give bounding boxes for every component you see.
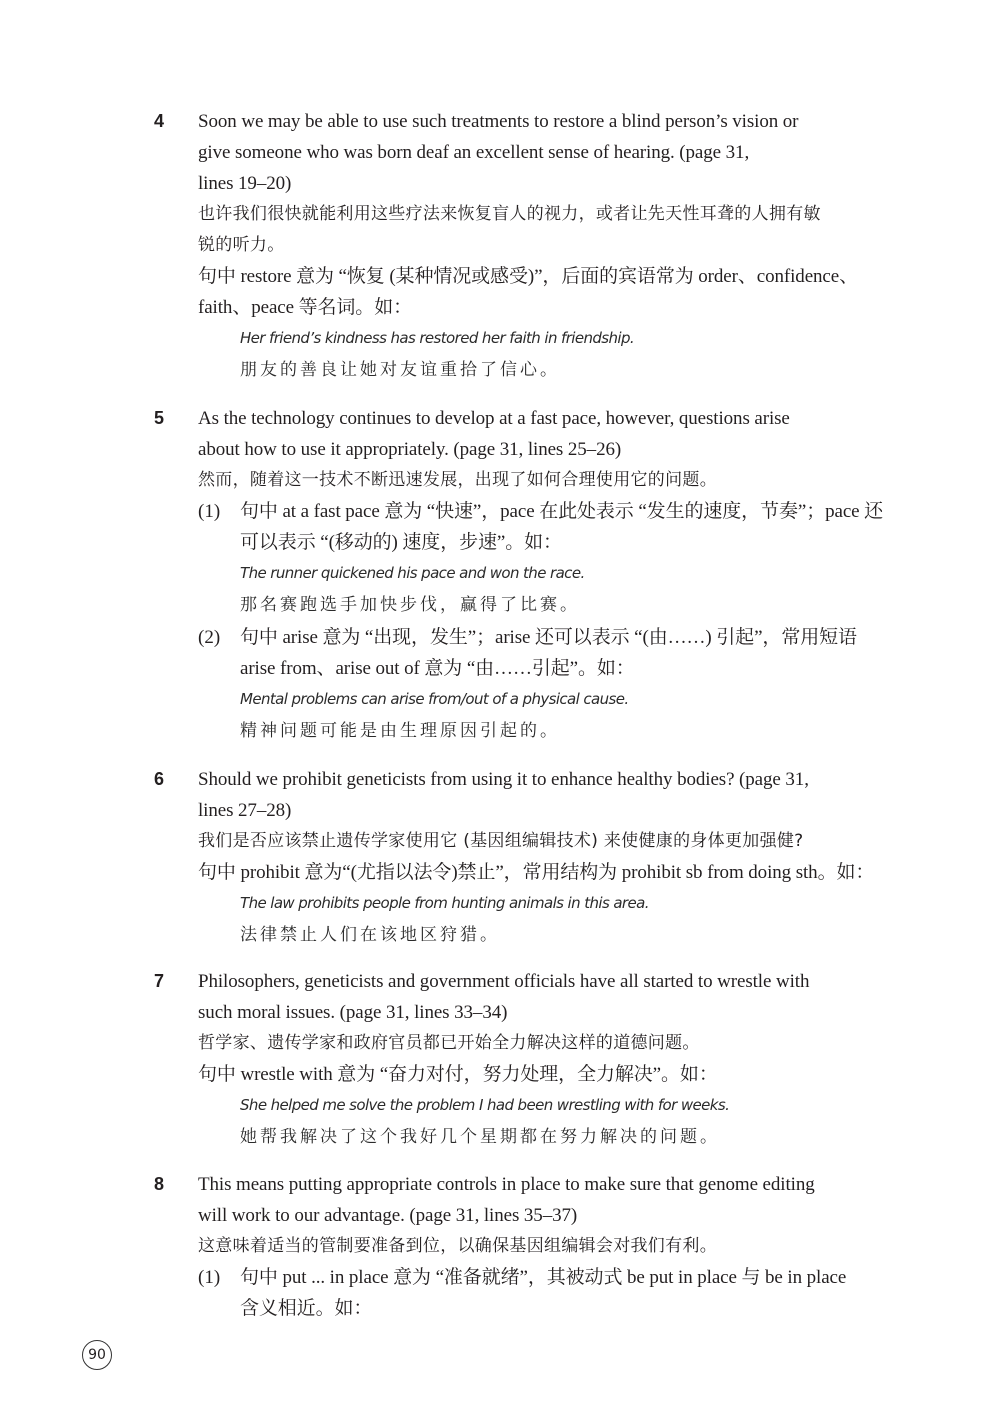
example-english: Mental problems can arise from/out of a … — [240, 684, 874, 715]
note-line: 句中 arise 意为 “出现，发生”；arise 还可以表示 “(由……) 引… — [240, 622, 874, 653]
translation-line: 哲学家、遗传学家和政府官员都已开始全力解决这样的道德问题。 — [198, 1028, 874, 1059]
entry-number: 8 — [154, 1169, 164, 1200]
translation-line: 这意味着适当的管制要准备到位，以确保基因组编辑会对我们有利。 — [198, 1231, 874, 1262]
translation-line: 然而，随着这一技术不断迅速发展，出现了如何合理使用它的问题。 — [198, 465, 874, 496]
note-line: 含义相近。如： — [240, 1293, 874, 1324]
sentence-line: lines 27–28) — [198, 795, 874, 826]
example-english: The runner quickened his pace and won th… — [240, 558, 874, 589]
sentence-line: As the technology continues to develop a… — [198, 403, 874, 434]
note-line: 句中 at a fast pace 意为 “快速”，pace 在此处表示 “发生… — [240, 496, 874, 527]
entry-number: 4 — [154, 106, 164, 137]
translation-line: 锐的听力。 — [198, 230, 874, 261]
sub-note-1: (1) 句中 put ... in place 意为 “准备就绪”，其被动式 b… — [198, 1262, 874, 1324]
sentence-line: will work to our advantage. (page 31, li… — [198, 1200, 874, 1231]
entry-number: 7 — [154, 966, 164, 997]
sentence-line: give someone who was born deaf an excell… — [198, 137, 874, 168]
page-number-badge: 90 — [82, 1340, 112, 1370]
example-chinese: 那名赛跑选手加快步伐，赢得了比赛。 — [240, 589, 874, 622]
example-chinese: 法律禁止人们在该地区狩猎。 — [240, 919, 874, 952]
sentence-line: Soon we may be able to use such treatmen… — [198, 106, 874, 137]
entry-8: 8 This means putting appropriate control… — [154, 1169, 874, 1324]
sub-label: (1) — [198, 496, 220, 527]
entry-7: 7 Philosophers, geneticists and governme… — [154, 966, 874, 1154]
example-chinese: 她帮我解决了这个我好几个星期都在努力解决的问题。 — [240, 1121, 874, 1154]
note-line: 句中 wrestle with 意为 “奋力对付，努力处理，全力解决”。如： — [198, 1059, 874, 1090]
entry-number: 5 — [154, 403, 164, 434]
sentence-line: This means putting appropriate controls … — [198, 1169, 874, 1200]
translation-line: 也许我们很快就能利用这些疗法来恢复盲人的视力，或者让先天性耳聋的人拥有敏 — [198, 199, 874, 230]
example-english: The law prohibits people from hunting an… — [240, 888, 874, 919]
entry-5: 5 As the technology continues to develop… — [154, 403, 874, 748]
entry-number: 6 — [154, 764, 164, 795]
example-english: She helped me solve the problem I had be… — [240, 1090, 874, 1121]
sub-label: (1) — [198, 1262, 220, 1293]
example-english: Her friend’s kindness has restored her f… — [240, 323, 874, 354]
sub-label: (2) — [198, 622, 220, 653]
note-line: 句中 restore 意为 “恢复 (某种情况或感受)”，后面的宾语常为 ord… — [198, 261, 874, 292]
sentence-line: about how to use it appropriately. (page… — [198, 434, 874, 465]
sentence-line: Should we prohibit geneticists from usin… — [198, 764, 874, 795]
sentence-line: such moral issues. (page 31, lines 33–34… — [198, 997, 874, 1028]
translation-line: 我们是否应该禁止遗传学家使用它 (基因组编辑技术) 来使健康的身体更加强健? — [198, 826, 874, 857]
note-line: 句中 put ... in place 意为 “准备就绪”，其被动式 be pu… — [240, 1262, 874, 1293]
note-line: faith、peace 等名词。如： — [198, 292, 874, 323]
note-line: 可以表示 “(移动的) 速度，步速”。如： — [240, 527, 874, 558]
sentence-line: lines 19–20) — [198, 168, 874, 199]
entry-6: 6 Should we prohibit geneticists from us… — [154, 764, 874, 952]
entry-4: 4 Soon we may be able to use such treatm… — [154, 106, 874, 387]
note-line: arise from、arise out of 意为 “由……引起”。如： — [240, 653, 874, 684]
example-chinese: 精神问题可能是由生理原因引起的。 — [240, 715, 874, 748]
sentence-line: Philosophers, geneticists and government… — [198, 966, 874, 997]
sub-note-1: (1) 句中 at a fast pace 意为 “快速”，pace 在此处表示… — [198, 496, 874, 622]
textbook-page: 4 Soon we may be able to use such treatm… — [0, 0, 1000, 1422]
note-line: 句中 prohibit 意为“(尤指以法令)禁止”，常用结构为 prohibit… — [198, 857, 874, 888]
sub-note-2: (2) 句中 arise 意为 “出现，发生”；arise 还可以表示 “(由…… — [198, 622, 874, 748]
example-chinese: 朋友的善良让她对友谊重拾了信心。 — [240, 354, 874, 387]
